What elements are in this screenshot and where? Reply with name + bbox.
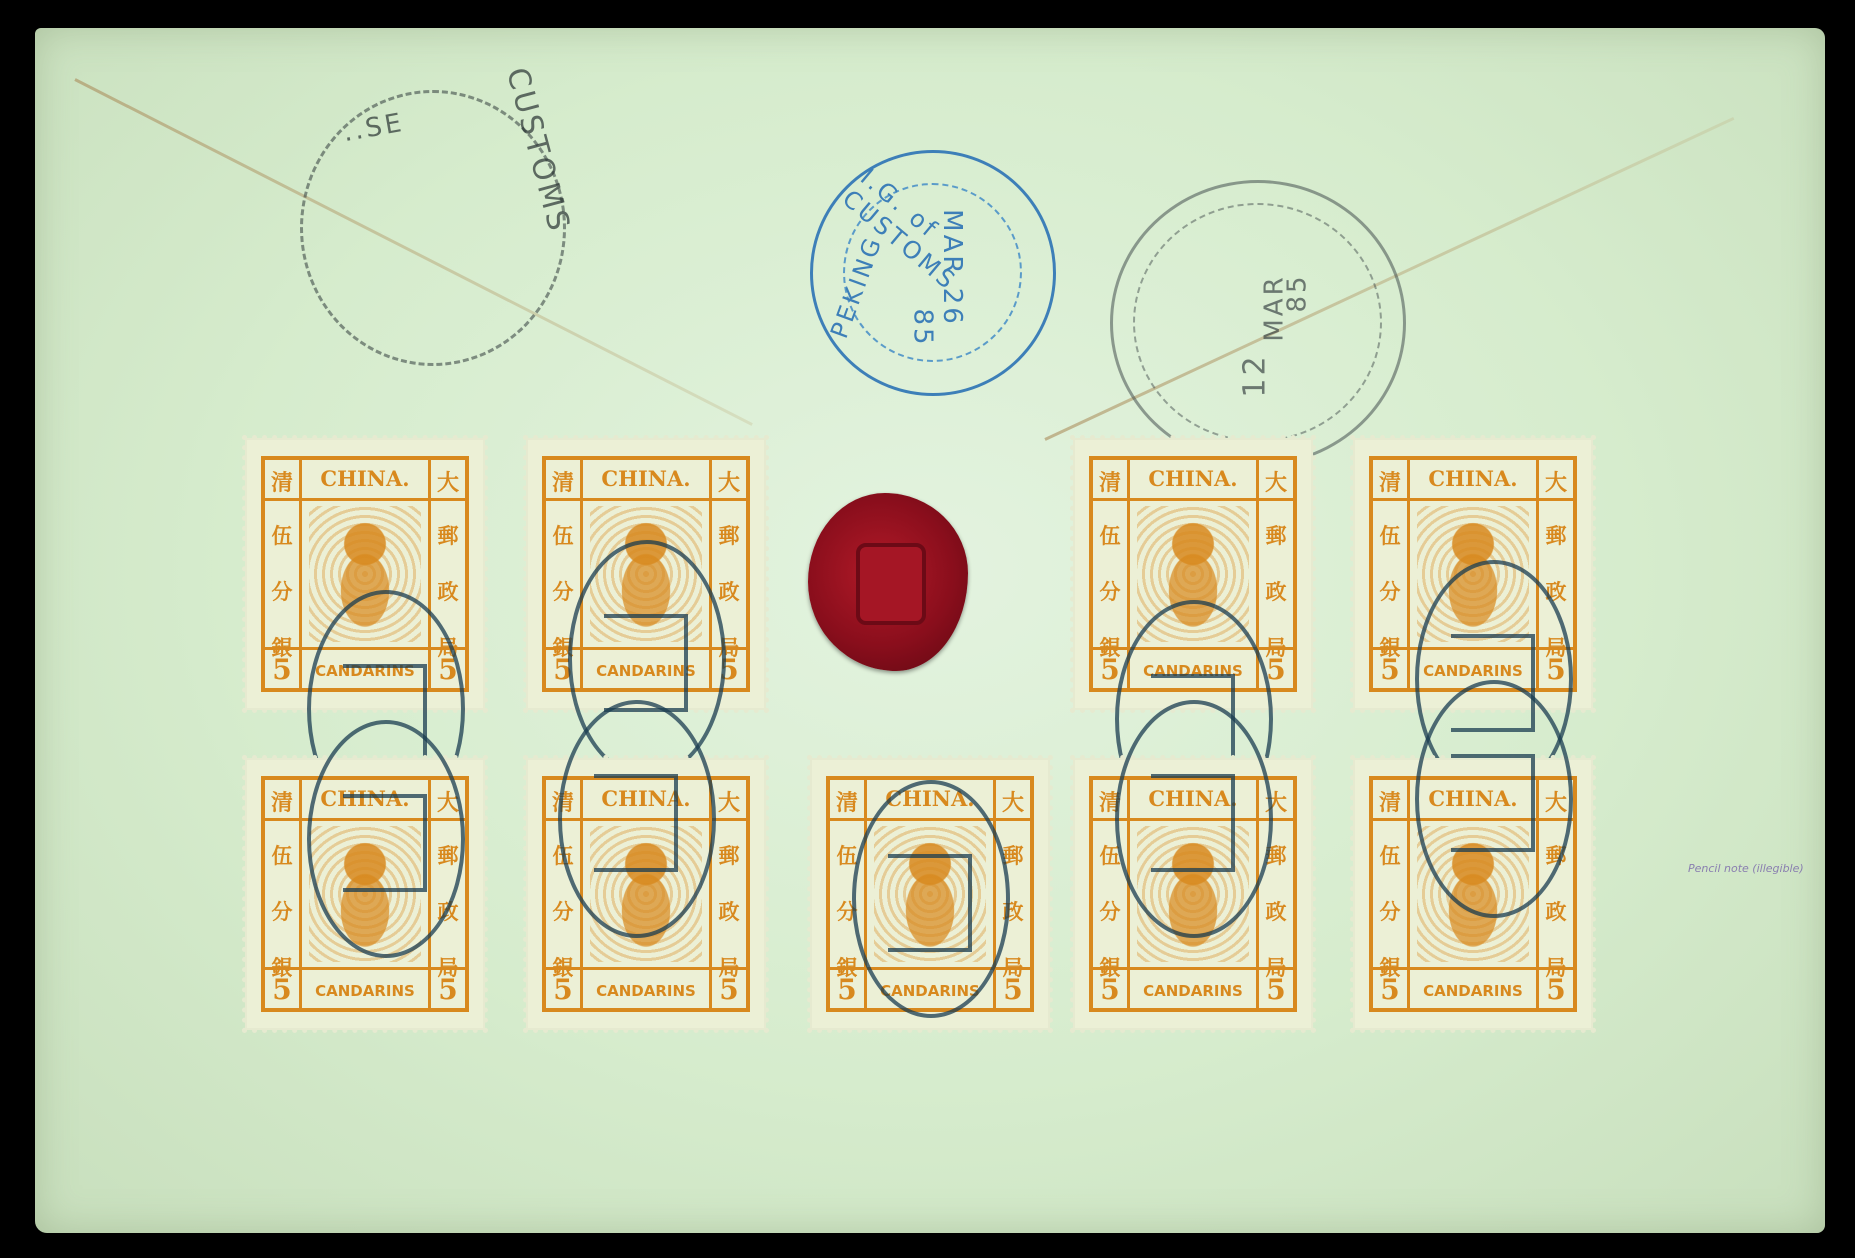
oval-cancel-mark (558, 700, 716, 938)
stamp-value-right: 5 (996, 973, 1030, 1006)
pencil-note: Pencil note (illegible) (1688, 862, 1804, 875)
stamp-value-right: 5 (1539, 973, 1573, 1006)
postmark-date: MAR 26 (937, 209, 967, 327)
stamp-denomination: CANDARINS (1133, 982, 1253, 1000)
stamp-char-tl: 清 (271, 466, 293, 497)
oval-cancel-mark (1115, 700, 1273, 938)
postmark-year: 85 (908, 308, 938, 347)
postmark-year: 85 (1283, 273, 1313, 312)
oval-cancel-mark (852, 780, 1010, 1018)
cancel-glyph (594, 774, 678, 872)
stamp-value-left: 5 (830, 973, 864, 1006)
stamp-left-column: 伍分銀 (265, 508, 299, 676)
stamp-value-right: 5 (1259, 973, 1293, 1006)
stamp-char-tl: 清 (1379, 786, 1401, 817)
postage-stamp: 清 CHINA. 大 伍分銀 郵政局 5 CANDARINS 5 (528, 760, 764, 1028)
stamp-char-tl: 清 (1379, 466, 1401, 497)
stamp-right-column: 郵政局 (712, 828, 746, 996)
stamp-char-tl: 清 (836, 786, 858, 817)
cancel-glyph (1451, 754, 1535, 852)
cancel-glyph (343, 794, 427, 892)
stamp-value-left: 5 (265, 653, 299, 686)
stamp-country: CHINA. (1133, 466, 1253, 491)
postmark-inner-ring (1133, 203, 1382, 442)
stamp-char-tr: 大 (718, 466, 740, 497)
stamp-char-tl: 清 (271, 786, 293, 817)
customs-peking-postmark: I.G. of CUSTOMS PEKING MAR 26 85 (810, 150, 1056, 396)
stamp-value-left: 5 (546, 973, 580, 1006)
stamp-left-column: 伍分銀 (1373, 828, 1407, 996)
stamp-value-right: 5 (431, 973, 465, 1006)
stamp-denomination: CANDARINS (586, 982, 706, 1000)
stamp-divider (299, 780, 302, 1008)
oval-cancel-mark (1415, 680, 1573, 918)
stamp-char-tr: 大 (437, 466, 459, 497)
stamp-divider (1407, 460, 1410, 688)
postage-stamp: 清 CHINA. 大 伍分銀 郵政局 5 CANDARINS 5 (1355, 440, 1591, 708)
stamp-char-tr: 大 (1002, 786, 1024, 817)
oval-cancel-mark (307, 720, 465, 958)
stamp-char-tl: 清 (552, 466, 574, 497)
stamp-divider (299, 460, 302, 688)
stamp-value-left: 5 (1093, 973, 1127, 1006)
postage-stamp: 清 CHINA. 大 伍分銀 郵政局 5 CANDARINS 5 (812, 760, 1048, 1028)
stamp-left-column: 伍分銀 (1373, 508, 1407, 676)
stamp-value-left: 5 (1373, 653, 1407, 686)
stamp-char-tr: 大 (1265, 466, 1287, 497)
stamp-left-column: 伍分銀 (265, 828, 299, 996)
postage-stamp: 清 CHINA. 大 伍分銀 郵政局 5 CANDARINS 5 (247, 440, 483, 708)
stamp-denomination: CANDARINS (305, 982, 425, 1000)
cancel-glyph (604, 614, 688, 712)
stamp-char-tr: 大 (1545, 466, 1567, 497)
stamp-left-column: 伍分銀 (1093, 508, 1127, 676)
dated-receiving-postmark: 12 MAR 85 (1110, 180, 1406, 466)
stamp-denomination: CANDARINS (1413, 982, 1533, 1000)
postage-stamp: 清 CHINA. 大 伍分銀 郵政局 5 CANDARINS 5 (1075, 760, 1311, 1028)
stamp-divider (1407, 780, 1410, 1008)
stamp-country: CHINA. (305, 466, 425, 491)
stamp-value-right: 5 (712, 973, 746, 1006)
seal-impression (856, 543, 926, 625)
cancel-glyph (1151, 774, 1235, 872)
stamp-country: CHINA. (1413, 466, 1533, 491)
customs-partial-postmark: CUSTOMS ..SE (300, 90, 566, 366)
cancel-glyph (888, 854, 972, 952)
postage-stamp: 清 CHINA. 大 伍分銀 郵政局 5 CANDARINS 5 (528, 440, 764, 708)
postage-stamp: 清 CHINA. 大 伍分銀 郵政局 5 CANDARINS 5 (1355, 760, 1591, 1028)
stamp-right-column: 郵政局 (1259, 508, 1293, 676)
stamp-value-left: 5 (1373, 973, 1407, 1006)
postmark-day: 12 (1238, 353, 1273, 397)
stamp-value-left: 5 (265, 973, 299, 1006)
stamp-country: CHINA. (586, 466, 706, 491)
postage-stamp: 清 CHINA. 大 伍分銀 郵政局 5 CANDARINS 5 (247, 760, 483, 1028)
stamp-char-tl: 清 (1099, 466, 1121, 497)
postage-stamp: 清 CHINA. 大 伍分銀 郵政局 5 CANDARINS 5 (1075, 440, 1311, 708)
stamp-char-tr: 大 (718, 786, 740, 817)
